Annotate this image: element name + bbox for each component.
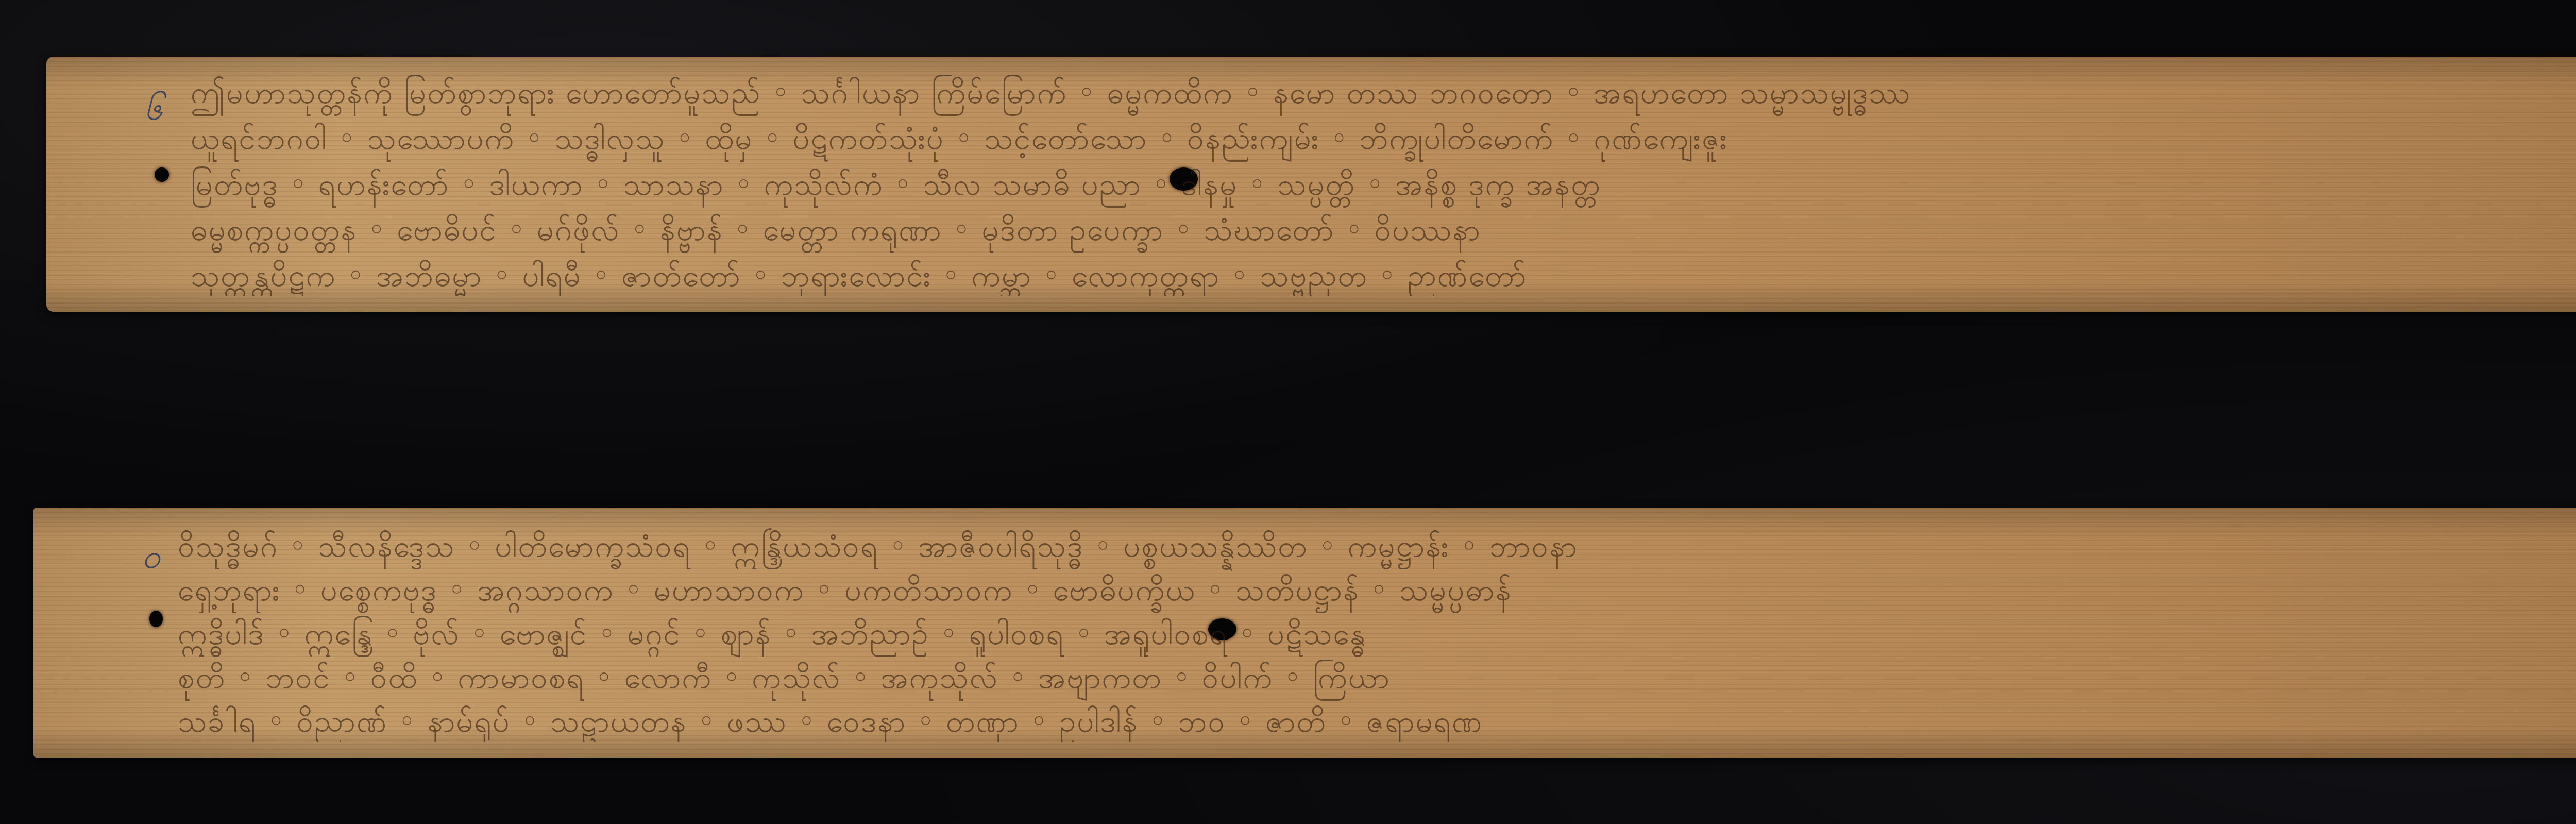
- text-line: မြတ်ဗုဒ္ဓ ◦ ရဟန်းတော် ◦ ဒါယကာ ◦ သာသနာ ◦ …: [191, 164, 2576, 205]
- text-line: ရှေ့ဘုရား ◦ ပစ္စေကဗုဒ္ဓ ◦ အဂ္ဂသာဝက ◦ မဟာ…: [178, 569, 2576, 611]
- palm-leaf-folio-2: ၀ ၉ ဝိသုဒ္ဓိမဂ် ◦ သီလနိဒ္ဒေသ ◦ ပါတိမောက္…: [33, 508, 2576, 758]
- text-line: ဝိသုဒ္ဓိမဂ် ◦ သီလနိဒ္ဒေသ ◦ ပါတိမောက္ခသံဝ…: [178, 526, 2576, 567]
- folio-number-left: ၀: [142, 536, 160, 584]
- text-line: ဓမ္မစက္ကပ္ပဝတ္တန ◦ ဗောဓိပင် ◦ မဂ်ဖိုလ် ◦…: [191, 209, 2576, 250]
- text-line: ယူရင်ဘဂဝါ ◦ သုဿောပကိ ◦ သဒ္ဓါလှသူ ◦ ထိုမှ…: [191, 118, 2576, 159]
- text-line: သုတ္တန္တပိဋက ◦ အဘိဓမ္မာ ◦ ပါရမီ ◦ ဇာတ်တေ…: [191, 255, 2576, 296]
- text-line: ဤမဟာသုတ္တန်ကို မြတ်စွာဘုရား ဟောတော်မူသည်…: [191, 72, 2576, 113]
- text-line: သင်္ခါရ ◦ ဝိညာဏ် ◦ နာမ်ရုပ် ◦ သဠာယတန ◦ ဖ…: [178, 701, 2576, 742]
- string-hole-left: [155, 167, 169, 182]
- text-line: စုတိ ◦ ဘဝင် ◦ ဝီထိ ◦ ကာမာဝစရ ◦ လောကီ ◦ က…: [178, 657, 2576, 698]
- text-line: ဣဒ္ဓိပါဒ် ◦ ဣန္ဒြေ ◦ ဗိုလ် ◦ ဗောဇ္ဈင် ◦ …: [178, 613, 2576, 654]
- palm-leaf-folio-1: ၆ ၄ ဤမဟာသုတ္တန်ကို မြတ်စွာဘုရား ဟောတော်မ…: [46, 57, 2576, 312]
- string-hole-left: [149, 611, 163, 627]
- folio-number-left: ၆: [144, 88, 163, 136]
- manuscript-text-block: ဤမဟာသုတ္တန်ကို မြတ်စွာဘုရား ဟောတော်မူသည်…: [191, 72, 2576, 296]
- manuscript-text-block: ဝိသုဒ္ဓိမဂ် ◦ သီလနိဒ္ဒေသ ◦ ပါတိမောက္ခသံဝ…: [178, 526, 2576, 742]
